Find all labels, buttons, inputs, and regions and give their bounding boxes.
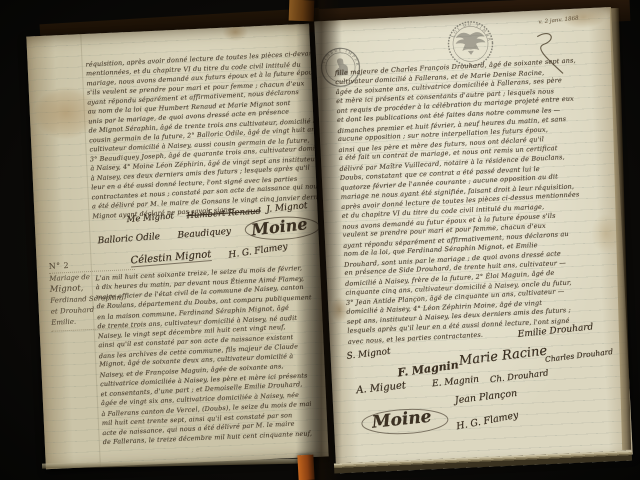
signature-ch-drouhard: Ch. Drouhard [489,368,549,385]
signature-beaudiquey: Beaudiquey [177,227,231,241]
bookmark-ribbon-top [289,0,315,21]
archival-scan-background: réquisition, après avoir donné lecture d… [0,0,640,480]
bookmark-ribbon-bottom [297,455,314,480]
signature-flamey: H. G. Flamey [228,242,288,261]
signature-marie-racine: Marie Racine [458,344,548,369]
act2-body-text-left: L'an mil huit cent soixante treize, le s… [95,262,329,448]
signature-balloric-odile: Balloric Odile [97,232,160,246]
signature-charles-drouhard: Charles Drouhard [545,347,614,364]
signature-jean-plancon: Jean Plançon [454,388,517,406]
signature-flamey: H. G. Flamey [455,410,519,433]
corner-date-note: v. 2 janv. 1868 [538,16,579,26]
signature-a-miguet: A. Miguet [356,380,407,396]
signature-f-magnin: F. Magnin [397,358,460,379]
signature-celestin-mignot: Célestin Mignot [130,249,212,267]
act2-body-text-right: fille majeure de Charles François Drouha… [335,55,623,346]
book-gutter-shadow [296,0,342,480]
register-right-page: TIMBRE IMPERIAL LOI DU TIMBRE v. 2 janv.… [314,7,633,469]
signature-moine-large: Moine [371,407,433,433]
register-left-page: réquisition, après avoir donné lecture d… [26,24,328,469]
signature-e-magnin: E. Magnin [432,375,480,390]
imperial-eagle-glyph [455,32,486,56]
act1-body-text: réquisition, après avoir donné lecture d… [85,48,328,221]
signature-s-mignot: S. Mignot [346,347,391,362]
